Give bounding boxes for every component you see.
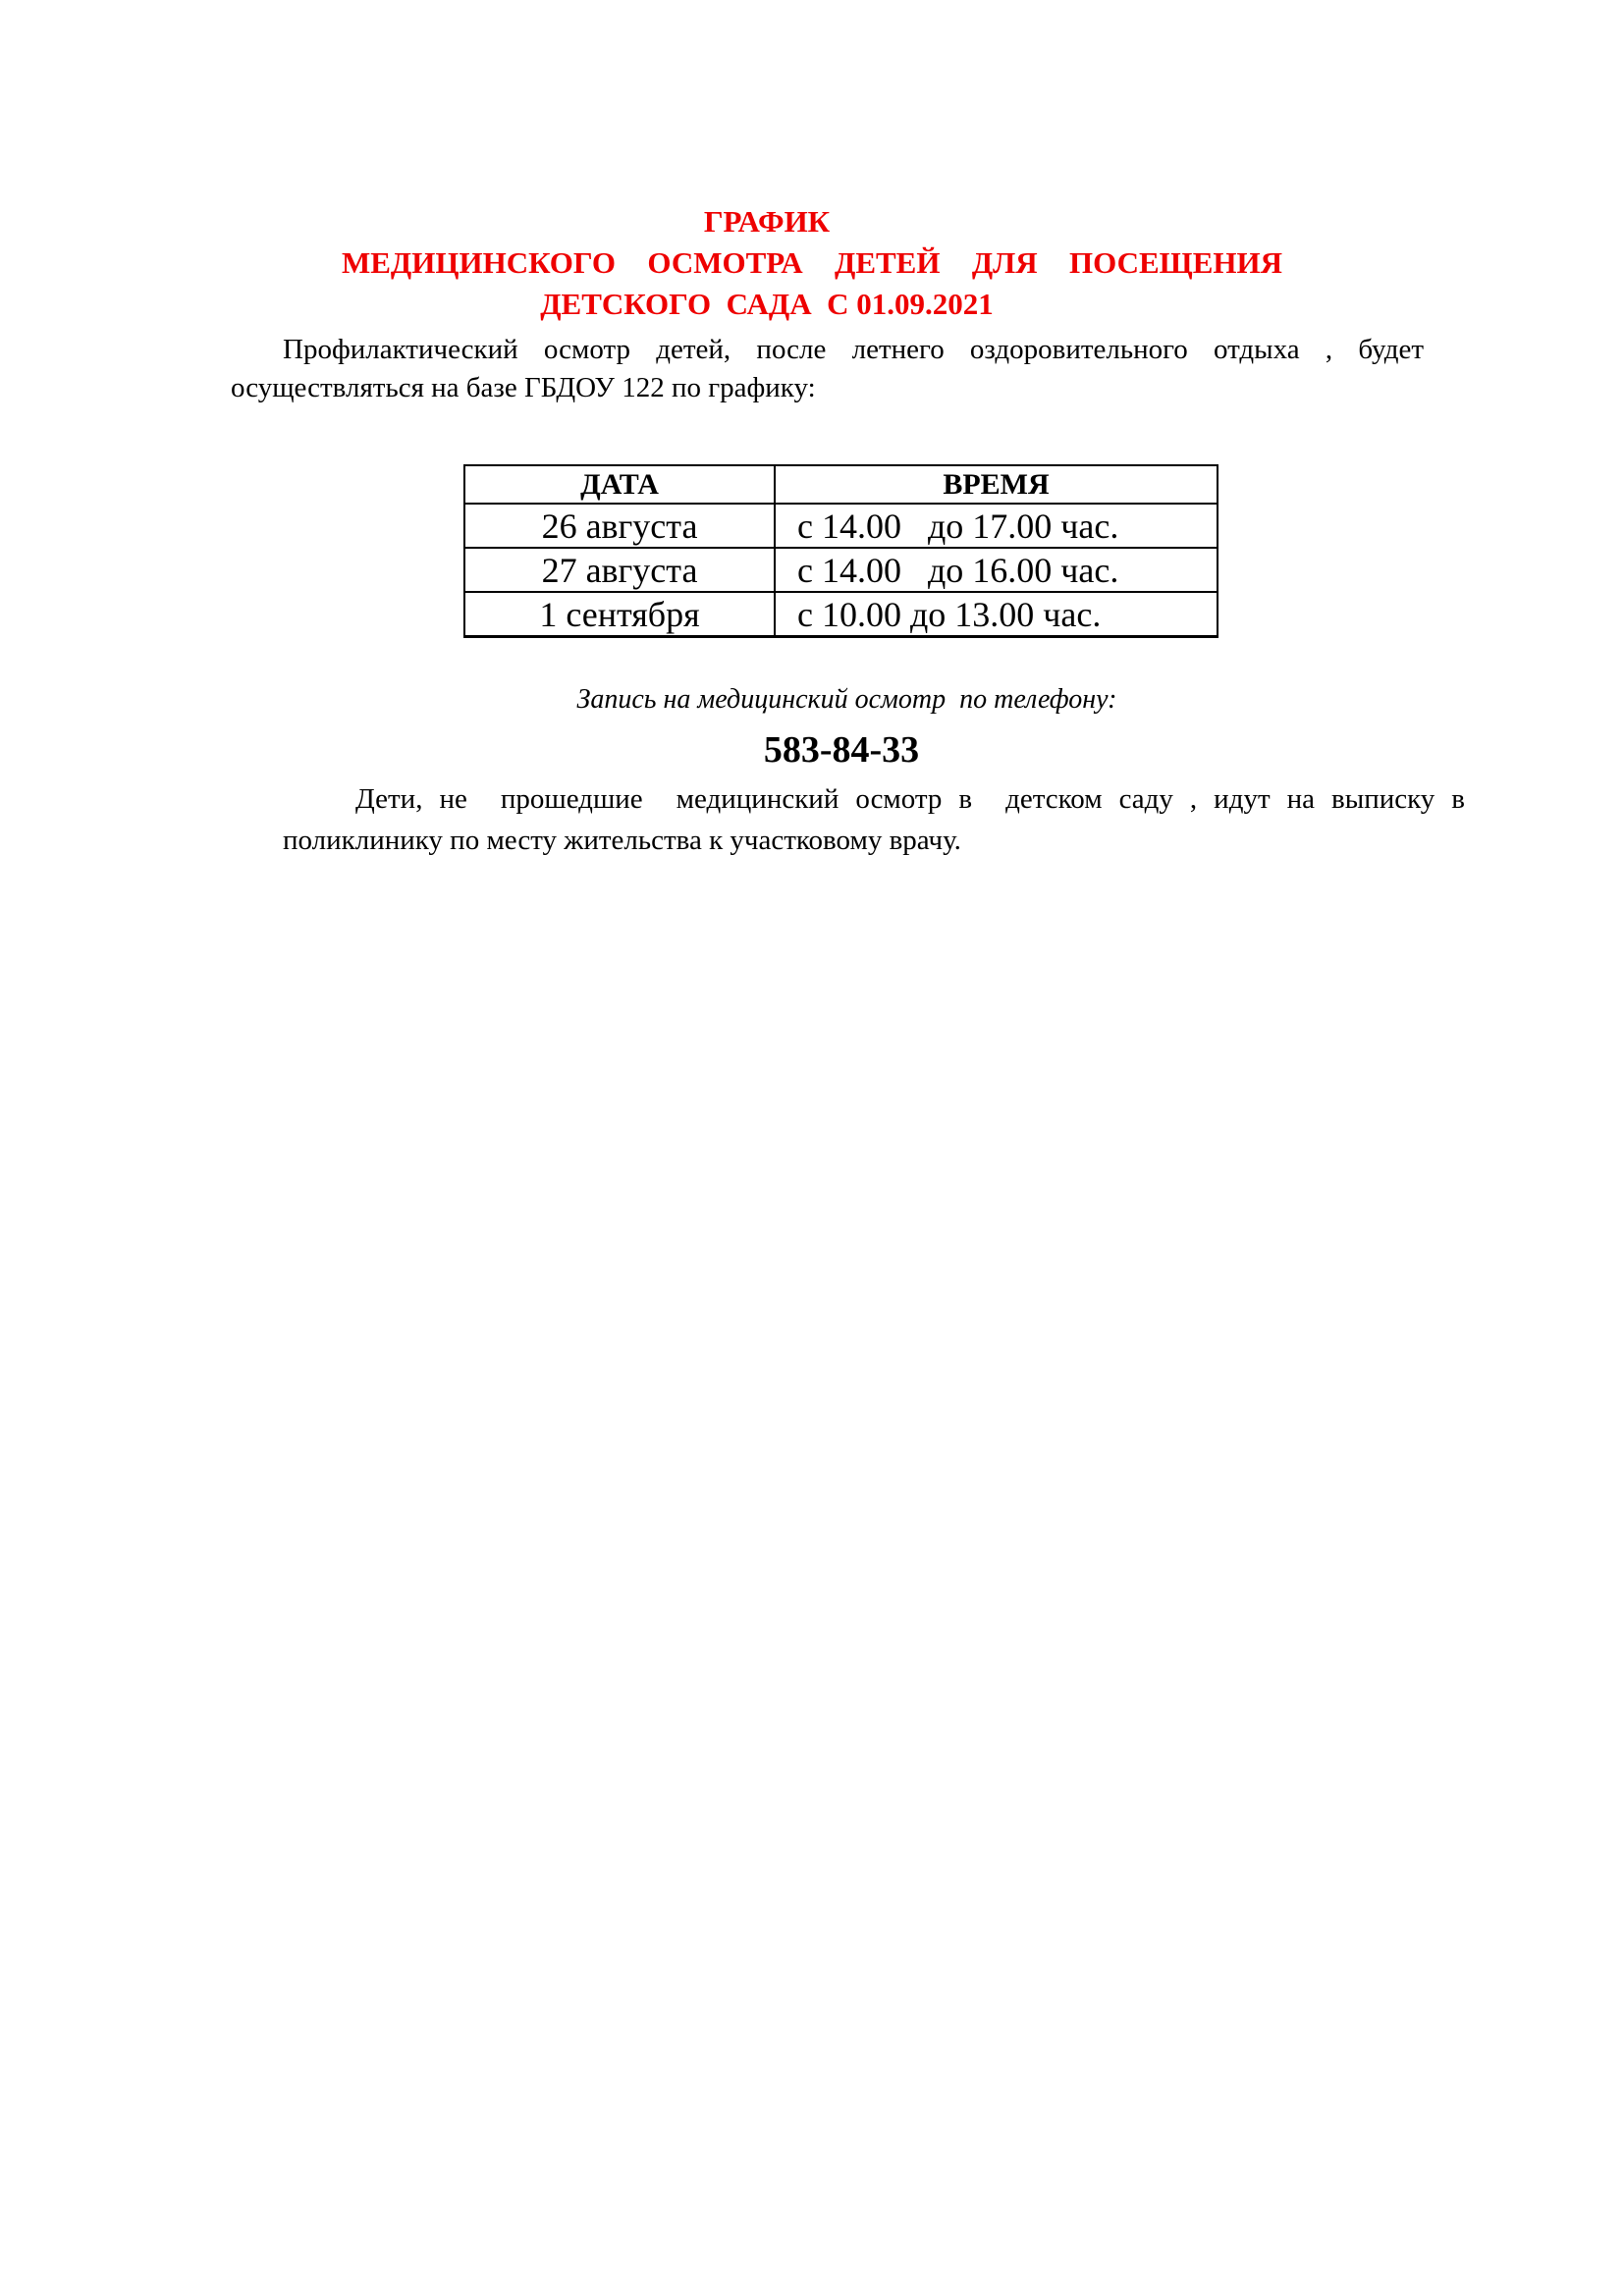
document-title: ГРАФИК [55, 201, 1479, 242]
document-subtitle-line2: ДЕТСКОГО САДА С 01.09.2021 [55, 284, 1479, 325]
table-row: 27 августа с 14.00 до 16.00 час. [464, 548, 1218, 592]
date-cell: 27 августа [464, 548, 775, 592]
schedule-table: ДАТА ВРЕМЯ 26 августа с 14.00 до 17.00 ч… [463, 464, 1218, 638]
table-row: 1 сентября с 10.00 до 13.00 час. [464, 592, 1218, 637]
appointment-label: Запись на медицинский осмотр по телефону… [527, 684, 1166, 716]
intro-paragraph-line1: Профилактический осмотр детей, после лет… [283, 331, 1424, 368]
date-cell: 26 августа [464, 504, 775, 548]
date-cell: 1 сентября [464, 592, 775, 637]
time-cell: с 10.00 до 13.00 час. [775, 592, 1218, 637]
document-subtitle-line1: МЕДИЦИНСКОГО ОСМОТРА ДЕТЕЙ ДЛЯ ПОСЕЩЕНИЯ [342, 242, 1282, 284]
note-paragraph-line1: Дети, не прошедшие медицинский осмотр в … [355, 780, 1465, 818]
time-cell: с 14.00 до 17.00 час. [775, 504, 1218, 548]
column-header-time: ВРЕМЯ [775, 465, 1218, 504]
table-row: 26 августа с 14.00 до 17.00 час. [464, 504, 1218, 548]
phone-number: 583-84-33 [687, 728, 996, 772]
note-paragraph-line2: поликлинику по месту жительства к участк… [283, 822, 961, 859]
table-header-row: ДАТА ВРЕМЯ [464, 465, 1218, 504]
time-cell: с 14.00 до 16.00 час. [775, 548, 1218, 592]
intro-paragraph-line2: осуществляться на базе ГБДОУ 122 по граф… [231, 369, 816, 406]
column-header-date: ДАТА [464, 465, 775, 504]
